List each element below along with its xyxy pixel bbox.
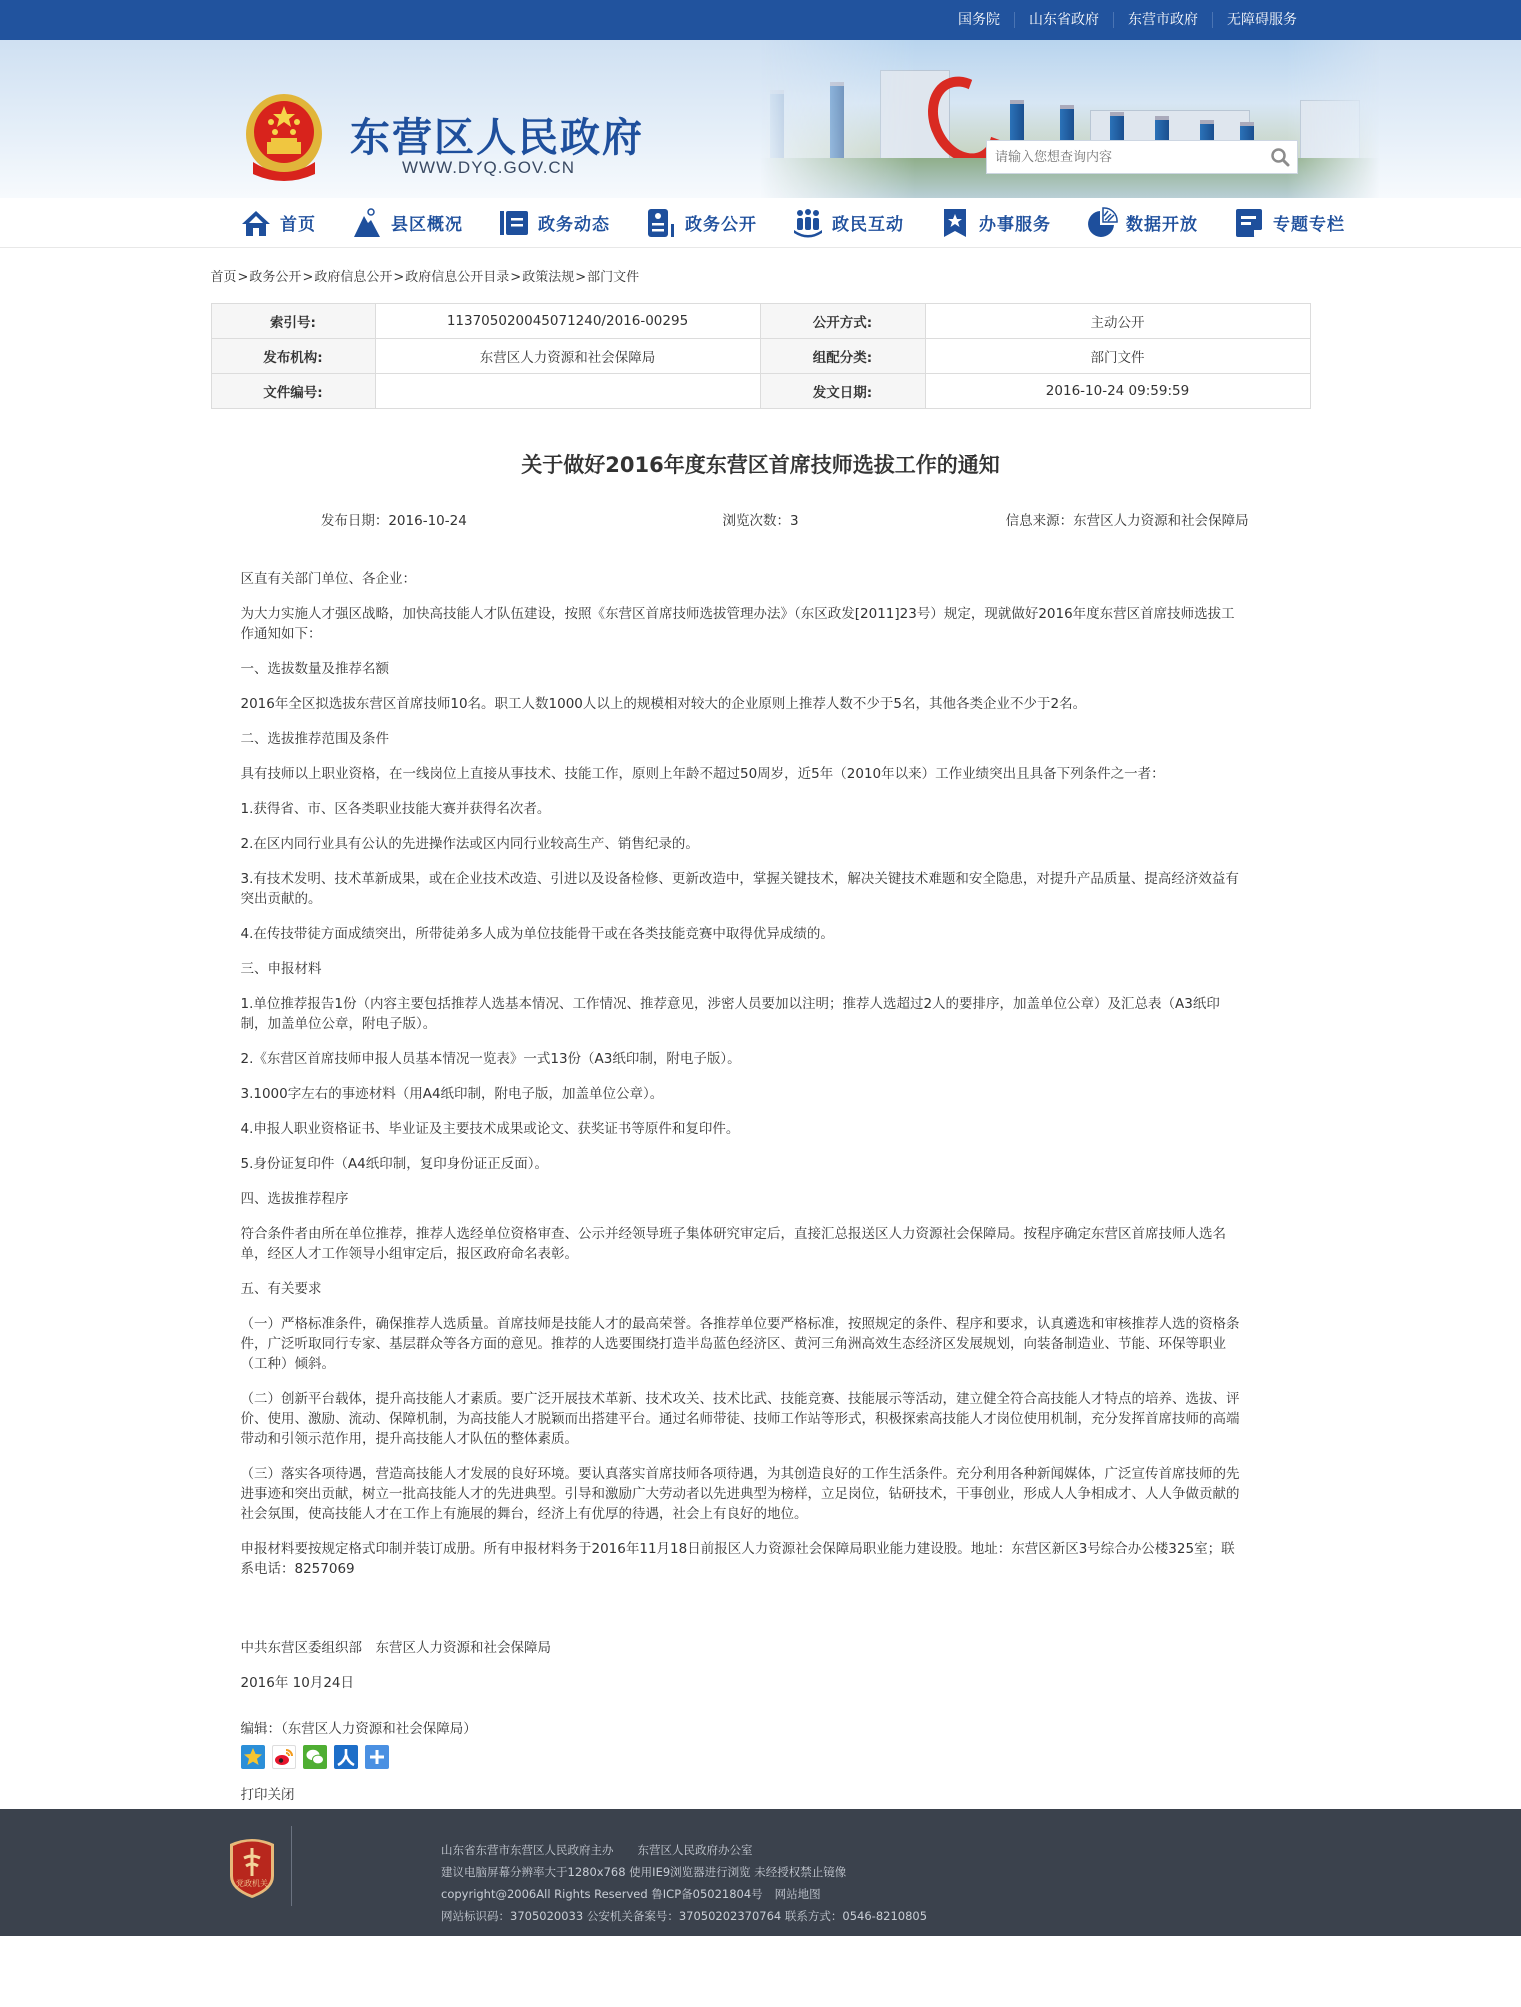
news-icon	[498, 207, 530, 239]
table-row: 发布机构: 东营区人力资源和社会保障局 组配分类: 部门文件	[211, 339, 1310, 374]
index-value: 11370502004507124​0/2016-00295	[375, 304, 760, 339]
paragraph: （二）创新平台载体，提升高技能人才素质。要广泛开展技术革新、技术攻关、技术比武、…	[241, 1389, 1241, 1449]
breadcrumb-dept-docs[interactable]: 部门文件	[587, 270, 639, 285]
paragraph: （三）落实各项待遇，营造高技能人才发展的良好环境。要认真落实首席技师各项待遇，为…	[241, 1464, 1241, 1524]
share-bar	[241, 1745, 1241, 1769]
nav-item-special-topics[interactable]: 专题专栏	[1233, 207, 1345, 239]
footer-divider	[291, 1826, 292, 1906]
paragraph: 4.申报人职业资格证书、毕业证及主要技术成果或论文、获奖证书等原件和复印件。	[241, 1119, 1241, 1139]
note-icon	[1233, 207, 1265, 239]
footer: 党政机关 山东省东营市东营区人民政府主办东营区人民政府办公室 建议电脑屏幕分辨率…	[0, 1809, 1521, 1936]
section-heading: 三、申报材料	[241, 959, 1241, 979]
party-gov-agency-badge-icon[interactable]: 党政机关	[226, 1836, 278, 1900]
section-heading: 一、选拔数量及推荐名额	[241, 659, 1241, 679]
main-nav: 首页 县区概况 政务动态 政务公开 政民互动 办事服务 数据开放	[0, 198, 1521, 248]
mountain-icon	[351, 207, 383, 239]
top-links: 国务院 山东省政府 东营市政府 无障碍服务	[944, 0, 1311, 40]
paragraph: 4.在传技带徒方面成绩突出，所带徒弟多人成为单位技能骨干或在各类技能竞赛中取得优…	[241, 924, 1241, 944]
paragraph: 符合条件者由所在单位推荐，推荐人选经单位资格审查、公示并经领导班子集体研究审定后…	[241, 1224, 1241, 1264]
breadcrumb-public-affairs[interactable]: 政务公开	[249, 270, 301, 285]
footer-copyright: copyright@2006All Rights Reserved 鲁ICP备0…	[441, 1887, 763, 1901]
info-source: 信息来源：东营区人力资源和社会保障局	[944, 509, 1311, 529]
top-bar: 国务院 山东省政府 东营市政府 无障碍服务	[0, 0, 1521, 40]
sign-date: 2016年 10月24日	[241, 1673, 1241, 1693]
section-heading: 四、选拔推荐程序	[241, 1189, 1241, 1209]
disclosure-value: 主动公开	[925, 304, 1310, 339]
breadcrumb-gov-info[interactable]: 政府信息公开	[314, 270, 392, 285]
breadcrumb-policy[interactable]: 政策法规	[522, 270, 574, 285]
paragraph: 区直有关部门单位、各企业：	[241, 569, 1241, 589]
breadcrumb-gov-info-catalog[interactable]: 政府信息公开目录	[405, 270, 509, 285]
paragraph: 2.《东营区首席技师申报人员基本情况一览表》一式13份（A3纸印制，附电子版）。	[241, 1049, 1241, 1069]
search-box	[986, 140, 1298, 174]
footer-sponsor: 山东省东营市东营区人民政府主办	[441, 1843, 614, 1857]
editor-line: 编辑：（东营区人力资源和社会保障局）	[241, 1717, 1241, 1737]
paragraph: 2.在区内同行业具有公认的先进操作法或区内同行业较高生产、销售纪录的。	[241, 834, 1241, 854]
nav-item-open-data[interactable]: 数据开放	[1086, 207, 1198, 239]
people-icon	[792, 207, 824, 239]
paragraph: 具有技师以上职业资格，在一线岗位上直接从事技术、技能工作，原则上年龄不超过50周…	[241, 764, 1241, 784]
footer-browser-note: 建议电脑屏幕分辨率大于1280x768 使用IE9浏览器进行浏览 未经授权禁止镜…	[441, 1861, 927, 1883]
index-label: 索引号:	[211, 304, 375, 339]
view-count: 浏览次数：3	[577, 509, 944, 529]
category-label: 组配分类:	[760, 339, 925, 374]
qzone-icon[interactable]	[241, 1745, 265, 1769]
paragraph: 3.1000字左右的事迹材料（用A4纸印制，附电子版，加盖单位公章）。	[241, 1084, 1241, 1104]
disclosure-label: 公开方式:	[760, 304, 925, 339]
nav-item-interaction[interactable]: 政民互动	[792, 207, 904, 239]
weibo-icon[interactable]	[272, 1745, 296, 1769]
category-value: 部门文件	[925, 339, 1310, 374]
nav-item-services[interactable]: 办事服务	[939, 207, 1051, 239]
footer-info: 山东省东营市东营区人民政府主办东营区人民政府办公室 建议电脑屏幕分辨率大于128…	[441, 1839, 927, 1927]
publisher-label: 发布机构:	[211, 339, 375, 374]
publisher-value: 东营区人力资源和社会保障局	[375, 339, 760, 374]
nav-item-home[interactable]: 首页	[240, 207, 316, 239]
paragraph: 1.获得省、市、区各类职业技能大赛并获得名次者。	[241, 799, 1241, 819]
header-banner: 东营区人民政府 WWW.DYQ.GOV.CN	[0, 40, 1521, 198]
pie-chart-icon	[1086, 207, 1118, 239]
top-link-shandong-gov[interactable]: 山东省政府	[1014, 12, 1113, 28]
nav-item-news[interactable]: 政务动态	[498, 207, 610, 239]
paragraph: 3.有技术发明、技术革新成果，或在企业技术改造、引进以及设备检修、更新改造中，掌…	[241, 869, 1241, 909]
nav-item-public-affairs[interactable]: 政务公开	[645, 207, 757, 239]
search-icon	[1270, 147, 1290, 167]
search-button[interactable]	[1263, 141, 1297, 173]
nav-item-overview[interactable]: 县区概况	[351, 207, 463, 239]
national-emblem-icon	[243, 92, 325, 184]
doc-number-value	[375, 374, 760, 409]
footer-organizer: 东营区人民政府办公室	[638, 1843, 753, 1857]
site-name: 东营区人民政府	[350, 106, 644, 163]
paragraph: （一）严格标准条件，确保推荐人选质量。首席技师是技能人才的最高荣誉。各推荐单位要…	[241, 1314, 1241, 1374]
site-url: WWW.DYQ.GOV.CN	[402, 158, 575, 178]
top-link-accessibility[interactable]: 无障碍服务	[1212, 12, 1311, 28]
wechat-icon[interactable]	[303, 1745, 327, 1769]
paragraph: 1.单位推荐报告1份（内容主要包括推荐人选基本情况、工作情况、推荐意见，涉密人员…	[241, 994, 1241, 1034]
search-input[interactable]	[987, 141, 1263, 173]
home-icon	[240, 207, 272, 239]
article-meta: 发布日期：2016-10-24 浏览次数：3 信息来源：东营区人力资源和社会保障…	[211, 509, 1311, 529]
print-close-link[interactable]: 打印关闭	[241, 1783, 1241, 1807]
breadcrumb-home[interactable]: 首页	[211, 270, 237, 285]
section-heading: 五、有关要求	[241, 1279, 1241, 1299]
paragraph: 5.身份证复印件（A4纸印制，复印身份证正反面）。	[241, 1154, 1241, 1174]
footer-registration: 网站标识码：3705020033 公安机关备案号：37050202370764 …	[441, 1905, 927, 1927]
top-link-dongying-city-gov[interactable]: 东营市政府	[1113, 12, 1212, 28]
paragraph: 申报材料要按规定格式印制并装订成册。所有申报材料务于2016年11月18日前报区…	[241, 1539, 1241, 1579]
table-row: 文件编号: 发文日期: 2016-10-24 09:59:59	[211, 374, 1310, 409]
document-info-table: 索引号: 11370502004507124​0/2016-00295 公开方式…	[211, 303, 1311, 409]
breadcrumb: 首页>政务公开>政府信息公开>政府信息公开目录>政策法规>部门文件	[211, 266, 1311, 285]
top-link-state-council[interactable]: 国务院	[944, 12, 1014, 28]
paragraph: 为大力实施人才强区战略，加快高技能人才队伍建设，按照《东营区首席技师选拔管理办法…	[241, 604, 1241, 644]
city-scene-image	[760, 40, 1380, 198]
renren-icon[interactable]	[334, 1745, 358, 1769]
document-icon	[645, 207, 677, 239]
svg-text:党政机关: 党政机关	[236, 1878, 268, 1888]
bookmark-star-icon	[939, 207, 971, 239]
section-heading: 二、选拔推荐范围及条件	[241, 729, 1241, 749]
article-body: 区直有关部门单位、各企业： 为大力实施人才强区战略，加快高技能人才队伍建设，按照…	[241, 569, 1241, 1693]
issue-date-value: 2016-10-24 09:59:59	[925, 374, 1310, 409]
article-title: 关于做好2016年度东营区首席技师选拔工作的通知	[0, 449, 1521, 479]
paragraph: 2016年全区拟选拔东营区首席技师10名。职工人数1000人以上的规模相对较大的…	[241, 694, 1241, 714]
table-row: 索引号: 11370502004507124​0/2016-00295 公开方式…	[211, 304, 1310, 339]
publish-date: 发布日期：2016-10-24	[211, 509, 578, 529]
issue-date-label: 发文日期:	[760, 374, 925, 409]
footer-sitemap-link[interactable]: 网站地图	[775, 1887, 821, 1901]
doc-number-label: 文件编号:	[211, 374, 375, 409]
more-share-icon[interactable]	[365, 1745, 389, 1769]
signature: 中共东营区委组织部 东营区人力资源和社会保障局	[241, 1638, 1241, 1658]
